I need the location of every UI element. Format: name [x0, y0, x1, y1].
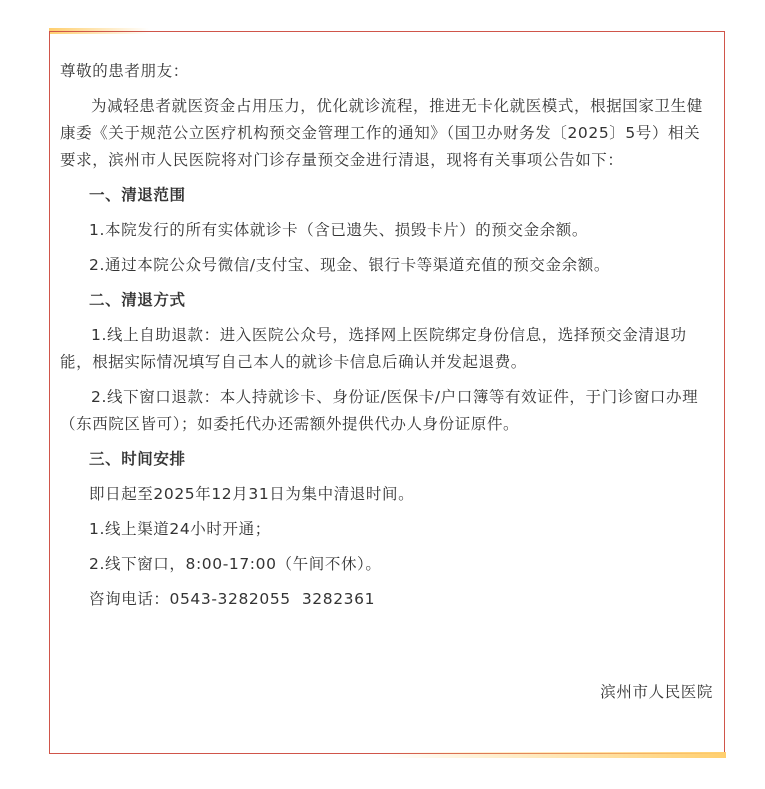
section-heading-schedule: 三、时间安排	[60, 446, 715, 473]
intro-paragraph: 为减轻患者就医资金占用压力，优化就诊流程，推进无卡化就医模式，根据国家卫生健康委…	[60, 93, 715, 174]
schedule-item-2: 1.线上渠道24小时开通；	[60, 516, 715, 543]
method-item-1: 1.线上自助退款：进入医院公众号，选择网上医院绑定身份信息，选择预交金清退功能，…	[60, 322, 715, 376]
schedule-item-1: 即日起至2025年12月31日为集中清退时间。	[60, 481, 715, 508]
signature: 滨州市人民医院	[600, 680, 713, 702]
greeting: 尊敬的患者朋友：	[60, 58, 715, 85]
scope-item-2: 2.通过本院公众号微信/支付宝、现金、银行卡等渠道充值的预交金余额。	[60, 252, 715, 279]
method-item-2: 2.线下窗口退款：本人持就诊卡、身份证/医保卡/户口簿等有效证件，于门诊窗口办理…	[60, 384, 715, 438]
decorative-bottom-stripe	[380, 752, 726, 758]
section-heading-method: 二、清退方式	[60, 287, 715, 314]
schedule-item-3: 2.线下窗口，8:00-17:00（午间不休）。	[60, 551, 715, 578]
scope-item-1: 1.本院发行的所有实体就诊卡（含已遗失、损毁卡片）的预交金余额。	[60, 217, 715, 244]
notice-body: 尊敬的患者朋友： 为减轻患者就医资金占用压力，优化就诊流程，推进无卡化就医模式，…	[60, 58, 715, 621]
consult-phone: 咨询电话：0543-3282055 3282361	[60, 586, 715, 613]
section-heading-scope: 一、清退范围	[60, 182, 715, 209]
